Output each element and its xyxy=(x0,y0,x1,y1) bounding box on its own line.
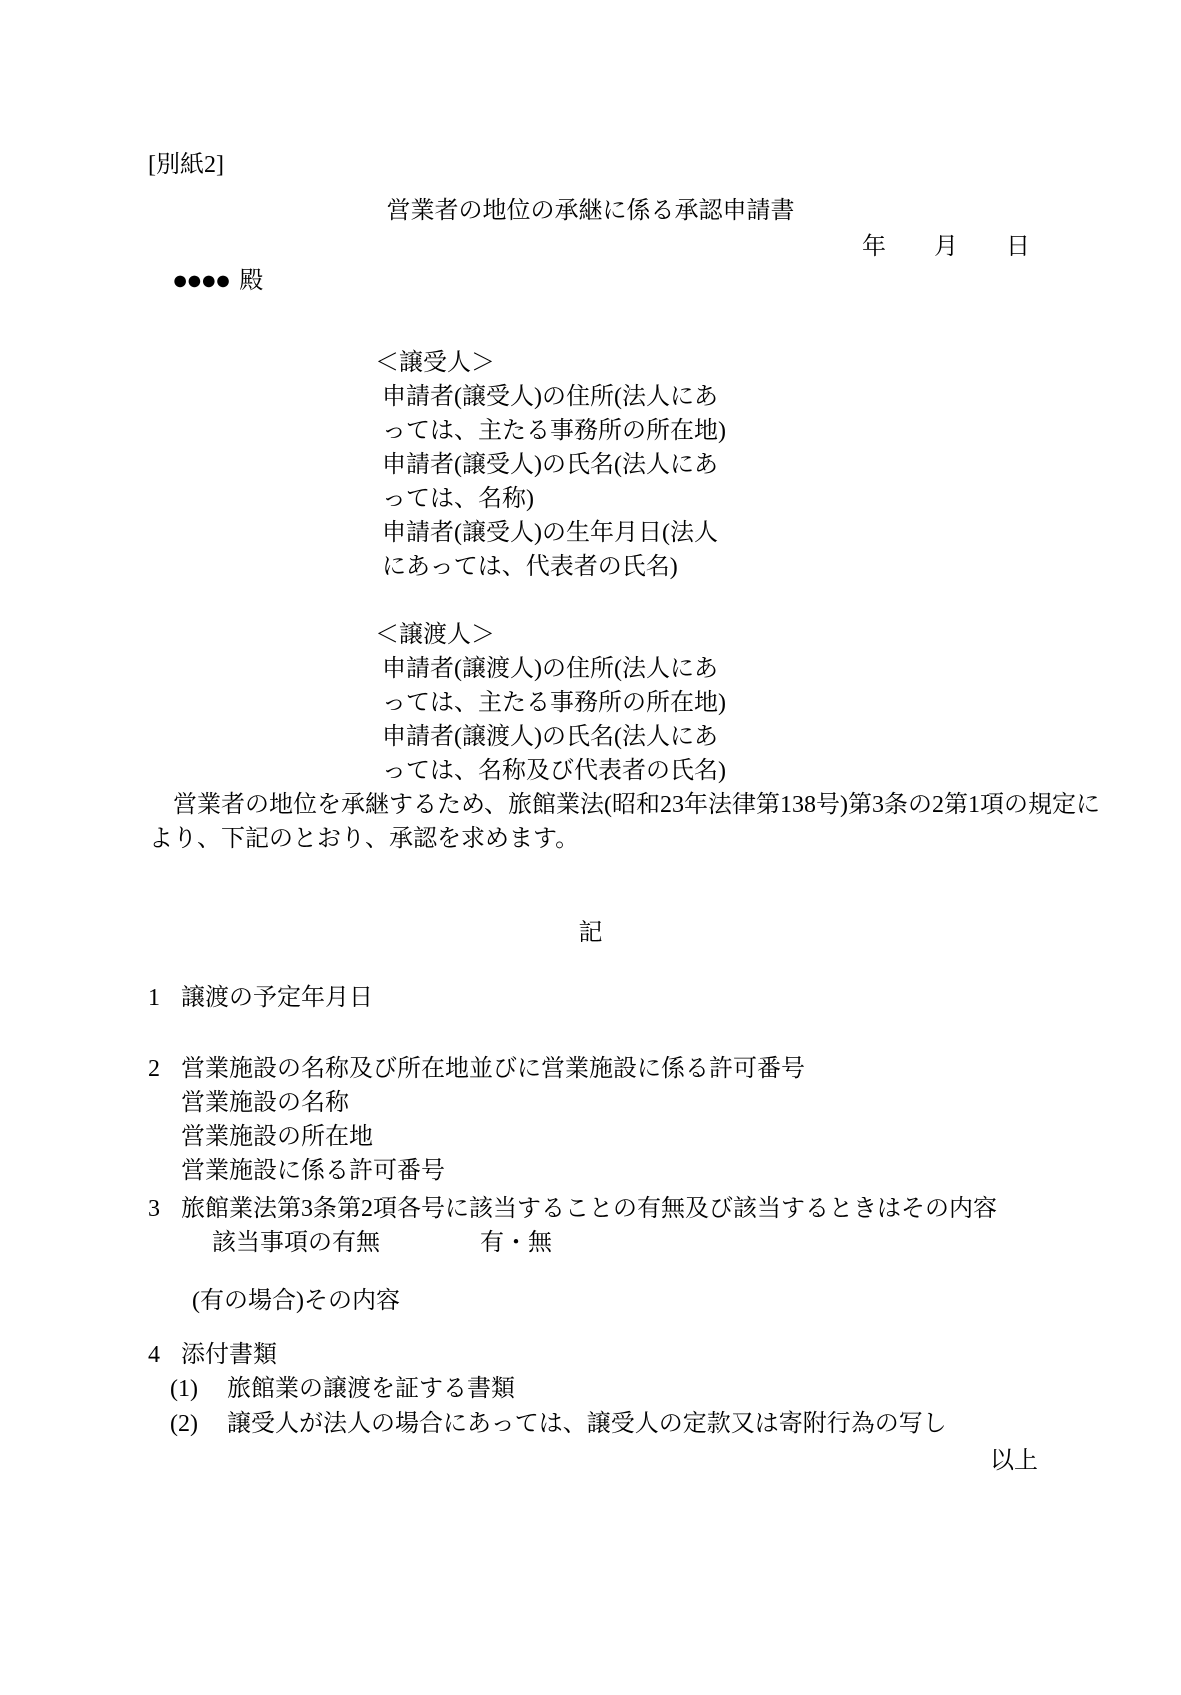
if-applicable-line: (有の場合)その内容 xyxy=(192,1288,400,1314)
attachment-2-text: 譲受人が法人の場合にあっては、譲受人の定款又は寄附行為の写し xyxy=(227,1411,947,1437)
page-title: 営業者の地位の承継に係る承認申請書 xyxy=(0,198,1181,224)
body-paragraph-line: より、下記のとおり、承認を求めます。 xyxy=(149,826,579,852)
item-4-text: 添付書類 xyxy=(181,1342,277,1368)
item-1: 1譲渡の予定年月日 xyxy=(148,985,373,1011)
applicability-options: 有・無 xyxy=(480,1230,552,1256)
attachment-2-number: (2) xyxy=(170,1411,227,1437)
item-1-number: 1 xyxy=(148,985,181,1011)
assignee-line: 申請者(譲受人)の氏名(法人にあ xyxy=(382,452,718,478)
closing-marker: 以上 xyxy=(990,1448,1038,1474)
item-1-text: 譲渡の予定年月日 xyxy=(181,985,373,1011)
attachment-1-number: (1) xyxy=(170,1376,227,1402)
assignee-line: っては、名称) xyxy=(382,486,534,512)
assignee-line: っては、主たる事務所の所在地) xyxy=(382,418,726,444)
applicability-line: 該当事項の有無有・無 xyxy=(212,1230,552,1256)
item-2-sub-line: 営業施設に係る許可番号 xyxy=(181,1158,445,1184)
attachment-1-text: 旅館業の譲渡を証する書類 xyxy=(227,1376,515,1402)
item-2: 2営業施設の名称及び所在地並びに営業施設に係る許可番号 xyxy=(148,1056,805,1082)
addressee-honorific: 殿 xyxy=(239,268,263,294)
assignor-header: ＜譲渡人＞ xyxy=(375,622,495,648)
addressee-redacted-name: ●●●● xyxy=(172,265,229,295)
item-2-text: 営業施設の名称及び所在地並びに営業施設に係る許可番号 xyxy=(181,1056,805,1082)
date-line: 年 月 日 xyxy=(862,234,1030,260)
item-3-text: 旅館業法第3条第2項各号に該当することの有無及び該当するときはその内容 xyxy=(181,1196,997,1222)
attachment-1: (1)旅館業の譲渡を証する書類 xyxy=(170,1376,515,1402)
attachment-label: [別紙2] xyxy=(148,152,224,178)
document-page: [別紙2] 営業者の地位の承継に係る承認申請書 年 月 日 ●●●●殿 ＜譲受人… xyxy=(0,0,1181,1695)
assignor-line: っては、主たる事務所の所在地) xyxy=(382,690,726,716)
assignee-line: にあっては、代表者の氏名) xyxy=(382,554,678,580)
assignor-line: 申請者(譲渡人)の住所(法人にあ xyxy=(382,656,718,682)
item-2-sub-line: 営業施設の名称 xyxy=(181,1090,349,1116)
attachment-2: (2)譲受人が法人の場合にあっては、譲受人の定款又は寄附行為の写し xyxy=(170,1411,947,1437)
assignee-header: ＜譲受人＞ xyxy=(375,350,495,376)
body-paragraph-line: 営業者の地位を承継するため、旅館業法(昭和23年法律第138号)第3条の2第1項… xyxy=(149,792,1100,818)
item-2-sub-line: 営業施設の所在地 xyxy=(181,1124,373,1150)
item-3-number: 3 xyxy=(148,1196,181,1222)
addressee-line: ●●●●殿 xyxy=(172,268,263,294)
item-3: 3旅館業法第3条第2項各号に該当することの有無及び該当するときはその内容 xyxy=(148,1196,997,1222)
assignor-line: っては、名称及び代表者の氏名) xyxy=(382,758,726,784)
item-4: 4添付書類 xyxy=(148,1342,277,1368)
assignee-line: 申請者(譲受人)の住所(法人にあ xyxy=(382,384,718,410)
assignor-line: 申請者(譲渡人)の氏名(法人にあ xyxy=(382,724,718,750)
item-2-number: 2 xyxy=(148,1056,181,1082)
item-4-number: 4 xyxy=(148,1342,181,1368)
applicability-label: 該当事項の有無 xyxy=(212,1230,480,1256)
assignee-line: 申請者(譲受人)の生年月日(法人 xyxy=(382,520,718,546)
record-marker: 記 xyxy=(0,920,1181,946)
